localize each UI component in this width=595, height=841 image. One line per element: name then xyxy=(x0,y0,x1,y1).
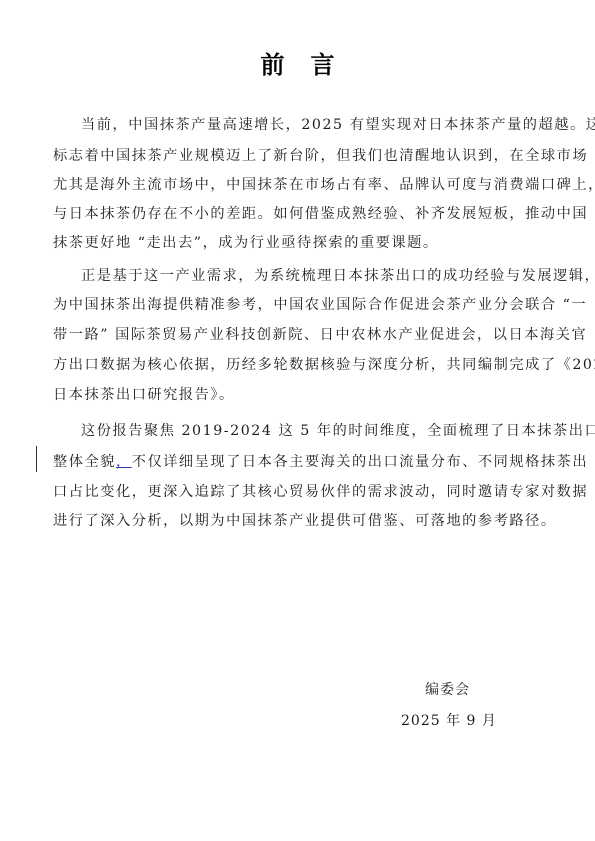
paragraph-3-line-2-start: 整体全貌 xyxy=(53,454,116,470)
paragraph-3-line-2: 整体全貌，不仅详细呈现了日本各主要海关的出口流量分布、不同规格抹茶出 xyxy=(53,452,553,472)
paragraph-1-line-3: 尤其是海外主流市场中，中国抹茶在市场占有率、品牌认可度与消费端口碑上， xyxy=(53,175,553,195)
paragraph-2-line-4: 方出口数据为核心依据，历经多轮数据核验与深度分析，共同编制完成了《2024 xyxy=(53,355,553,375)
paragraph-2-line-5: 日本抹茶出口研究报告》。 xyxy=(53,385,553,405)
paragraph-2-line-1: 正是基于这一产业需求，为系统梳理日本抹茶出口的成功经验与发展逻辑， xyxy=(81,266,553,286)
page-title: 前言 xyxy=(0,50,595,80)
text-cursor xyxy=(36,446,37,472)
paragraph-2-line-2: 为中国抹茶出海提供精准参考，中国农业国际合作促进会茶产业分会联合 “一 xyxy=(53,295,553,315)
paragraph-2-line-3: 带一路” 国际茶贸易产业科技创新院、日中农林水产业促进会，以日本海关官 xyxy=(53,325,553,345)
tracked-change-comma[interactable]: ， xyxy=(116,454,132,470)
paragraph-1-line-5: 抹茶更好地 “走出去”，成为行业亟待探索的重要课题。 xyxy=(53,233,553,253)
signature-author: 编委会 xyxy=(425,680,470,700)
paragraph-1-line-1: 当前，中国抹茶产量高速增长，2025 有望实现对日本抹茶产量的超越。这 xyxy=(81,115,553,135)
document-page: 前言 当前，中国抹茶产量高速增长，2025 有望实现对日本抹茶产量的超越。这 标… xyxy=(0,0,595,841)
signature-date: 2025 年 9 月 xyxy=(401,711,497,731)
paragraph-3-line-3: 口占比变化，更深入追踪了其核心贸易伙伴的需求波动，同时邀请专家对数据 xyxy=(53,482,553,502)
paragraph-3-line-1: 这份报告聚焦 2019-2024 这 5 年的时间维度，全面梳理了日本抹茶出口的 xyxy=(81,421,553,441)
paragraph-3-line-4: 进行了深入分析，以期为中国抹茶产业提供可借鉴、可落地的参考路径。 xyxy=(53,511,553,531)
paragraph-3-line-2-rest: 不仅详细呈现了日本各主要海关的出口流量分布、不同规格抹茶出 xyxy=(132,454,588,470)
paragraph-1-line-4: 与日本抹茶仍存在不小的差距。如何借鉴成熟经验、补齐发展短板，推动中国 xyxy=(53,204,553,224)
paragraph-1-line-2: 标志着中国抹茶产业规模迈上了新台阶，但我们也清醒地认识到，在全球市场 xyxy=(53,146,553,166)
